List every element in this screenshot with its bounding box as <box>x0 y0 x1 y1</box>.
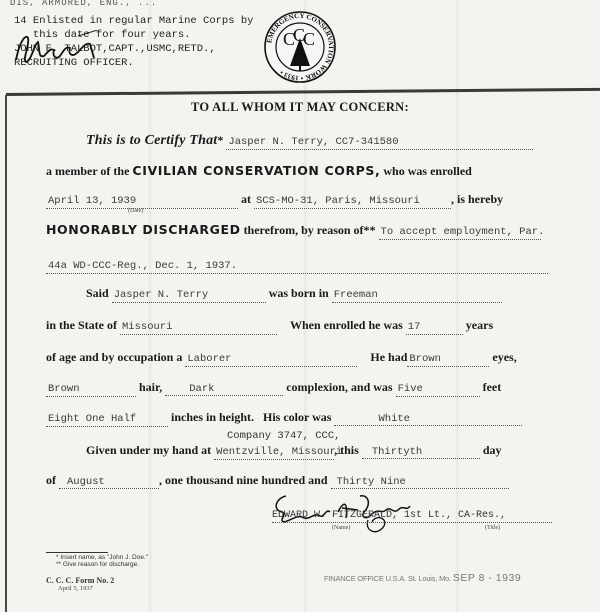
enrollment-row: April 13, 1939 at SCS-MO-31, Paris, Miss… <box>46 192 546 210</box>
state-label: in the State of <box>46 318 117 332</box>
enlist-line-1: 14 Enlisted in regular Marine Corps by <box>14 14 253 28</box>
complexion-label: complexion, and was <box>286 380 392 394</box>
member-row: a member of the CIVILIAN CONSERVATION CO… <box>46 163 546 181</box>
at-label: at <box>241 192 251 206</box>
name-caption: (Name) <box>332 525 350 531</box>
company-annotation: Company 3747, CCC, <box>227 430 340 442</box>
discharge-row: HONORABLY DISCHARGED therefrom, by reaso… <box>46 222 546 240</box>
enroll-place-field: SCS-MO-31, Paris, Missouri <box>254 195 451 209</box>
name-id-field: Jasper N. Terry, CC7-341580 <box>226 136 533 150</box>
discharge-certificate: DIS, ARMORED, ENG., ... 14 Enlisted in r… <box>0 0 600 612</box>
appearance-row: Brown hair, Dark complexion, and was Fiv… <box>46 380 546 398</box>
certify-prefix: This is to Certify That <box>86 133 217 148</box>
age-field: 17 <box>406 321 463 335</box>
date-caption: (Date) <box>128 208 143 214</box>
occupation-row: of age and by occupation a Laborer He ha… <box>46 350 546 368</box>
date-row: of August, one thousand nine hundred and… <box>46 473 546 491</box>
occupation-prefix: of age and by occupation a <box>46 350 182 364</box>
years-label: years <box>466 318 493 332</box>
color-label: His color was <box>263 410 331 424</box>
corps-name: CIVILIAN CONSERVATION CORPS, <box>132 163 380 178</box>
footnote-2: ** Give reason for discharge. <box>56 561 148 568</box>
birth-row: Said Jasper N. Terry was born in Freeman <box>86 286 586 304</box>
header-divider <box>6 88 600 96</box>
said-label: Said <box>86 286 109 300</box>
year-words-field: Thirty Nine <box>331 476 509 489</box>
asterisk: * <box>217 133 223 147</box>
hair-color-field: Brown <box>46 383 136 397</box>
cropped-top-text: DIS, ARMORED, ENG., ... <box>10 0 160 6</box>
form-number: C. C. C. Form No. 2 <box>46 576 114 585</box>
certificate-heading: TO ALL WHOM IT MAY CONCERN: <box>0 100 600 115</box>
eyes-prefix: He had <box>370 350 407 364</box>
height-inches-field: Eight One Half <box>46 413 168 427</box>
given-label: Given under my hand at <box>86 443 211 457</box>
inches-label: inches in height. <box>171 410 254 424</box>
svg-text:C: C <box>303 29 315 49</box>
eyes-label: eyes, <box>492 350 516 364</box>
given-place-field: Wentzville, Missouri <box>214 446 334 460</box>
member-text-1: a member of the <box>46 164 129 178</box>
height-feet-field: Five <box>396 383 480 397</box>
ccc-seal-icon: EMERGENCY CONSERVATION WORK • 1933 • C C… <box>263 10 337 84</box>
footnote-divider <box>46 552 108 553</box>
reason-field-line2: 44a WD-CCC-Reg., Dec. 1, 1937. <box>46 260 548 274</box>
height-color-row: Eight One Half inches in height. His col… <box>46 410 546 428</box>
state-age-row: in the State of Missouri When enrolled h… <box>46 318 546 336</box>
talbot-signature-icon <box>8 30 108 70</box>
footnotes: * Insert name, as "John J. Doe." ** Give… <box>56 554 148 568</box>
occupation-field: Laborer <box>185 353 357 367</box>
month-field: August <box>59 476 159 489</box>
hereby-label: , is hereby <box>451 192 503 206</box>
enroll-date-field: April 13, 1939 <box>46 195 238 209</box>
certify-row: This is to Certify That* Jasper N. Terry… <box>86 133 586 151</box>
feet-label: feet <box>483 380 502 394</box>
hair-label: hair, <box>139 380 162 394</box>
stamp-date: SEP 8 - 1939 <box>453 572 521 584</box>
eye-color-field: Brown <box>407 353 489 367</box>
birthplace-field: Freeman <box>332 289 502 303</box>
age-label: When enrolled he was <box>290 318 403 332</box>
officer-name-title: EDWARD W. FITZGERALD, 1st Lt., CA-Res., <box>272 509 552 523</box>
reason-field-line1: To accept employment, Par. <box>379 226 541 240</box>
given-row: Given under my hand at Wentzville, Misso… <box>86 443 586 461</box>
double-asterisk: ** <box>364 223 376 237</box>
finance-office-stamp: FINANCE OFFICE U.S.A. St. Louis, Mo. SEP… <box>324 572 521 584</box>
thousand-label: , one thousand nine hundred and <box>159 473 328 487</box>
footnote-1: * Insert name, as "John J. Doe." <box>56 554 148 561</box>
member-text-2: who was enrolled <box>383 164 471 178</box>
said-name-field: Jasper N. Terry <box>112 289 266 303</box>
title-caption: (Title) <box>485 525 500 531</box>
stamp-office: FINANCE OFFICE U.S.A. St. Louis, Mo. <box>324 574 451 583</box>
born-label: was born in <box>269 286 329 300</box>
honorably-discharged-label: HONORABLY DISCHARGED <box>46 222 241 237</box>
reason-prefix: therefrom, by reason of <box>244 223 364 237</box>
of-label: of <box>46 473 56 487</box>
left-border <box>5 95 7 612</box>
complexion-field: Dark <box>165 383 283 396</box>
form-date: April 5, 1937 <box>58 585 93 592</box>
state-field: Missouri <box>120 321 277 335</box>
day-field: Thirtyth <box>362 446 480 459</box>
day-label: day <box>483 443 502 457</box>
color-field: White <box>334 413 522 426</box>
reason-row-2: 44a WD-CCC-Reg., Dec. 1, 1937. <box>46 257 546 275</box>
